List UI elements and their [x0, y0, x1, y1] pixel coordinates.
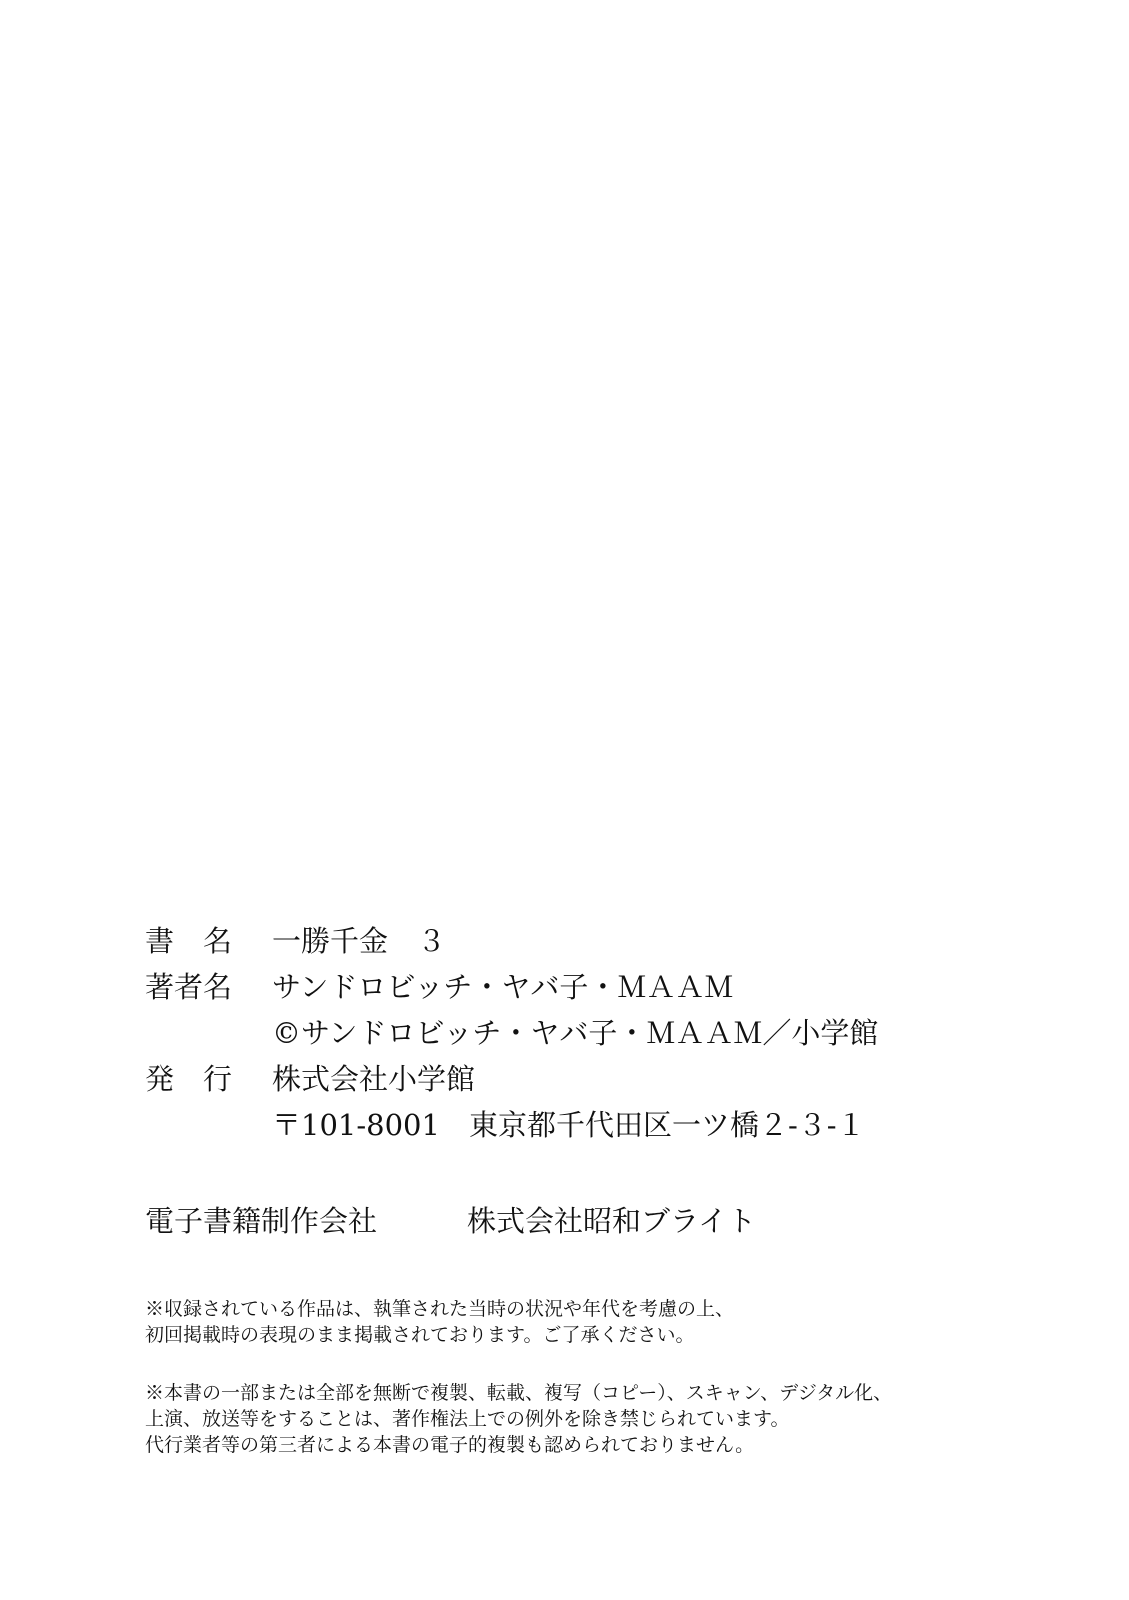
producer-label: 電子書籍制作会社 — [145, 1204, 377, 1238]
publisher-label: 発 行 — [145, 1056, 255, 1102]
title-value: 一勝千金 ３ — [272, 918, 446, 964]
copyright-value: ©サンドロビッチ・ヤバ子・ＭＡＡＭ／小学館 — [272, 1010, 878, 1056]
note-line: 初回掲載時の表現のまま掲載されております。ご了承ください。 — [145, 1322, 734, 1348]
note-original-expression: ※収録されている作品は、執筆された当時の状況や年代を考慮の上、 初回掲載時の表現… — [145, 1296, 734, 1348]
note-line: 代行業者等の第三者による本書の電子的複製も認められておりません。 — [145, 1432, 892, 1458]
note-copyright-warning: ※本書の一部または全部を無断で複製、転載、複写（コピー）、スキャン、デジタル化、… — [145, 1380, 892, 1458]
author-label: 著者名 — [145, 964, 255, 1010]
note-line: 上演、放送等をすることは、著作権法上での例外を除き禁じられています。 — [145, 1406, 892, 1432]
producer-value: 株式会社昭和ブライト — [467, 1204, 756, 1238]
note-line: ※本書の一部または全部を無断で複製、転載、複写（コピー）、スキャン、デジタル化、 — [145, 1380, 892, 1406]
note-line: ※収録されている作品は、執筆された当時の状況や年代を考慮の上、 — [145, 1296, 734, 1322]
title-label: 書 名 — [145, 918, 255, 964]
ebook-producer: 電子書籍制作会社株式会社昭和ブライト — [145, 1198, 756, 1244]
author-value: サンドロビッチ・ヤバ子・ＭＡＡＭ — [272, 964, 733, 1010]
publisher-address: 〒101‐8001 東京都千代田区一ツ橋２‐３‐１ — [272, 1102, 866, 1148]
publisher-value: 株式会社小学館 — [272, 1056, 475, 1102]
